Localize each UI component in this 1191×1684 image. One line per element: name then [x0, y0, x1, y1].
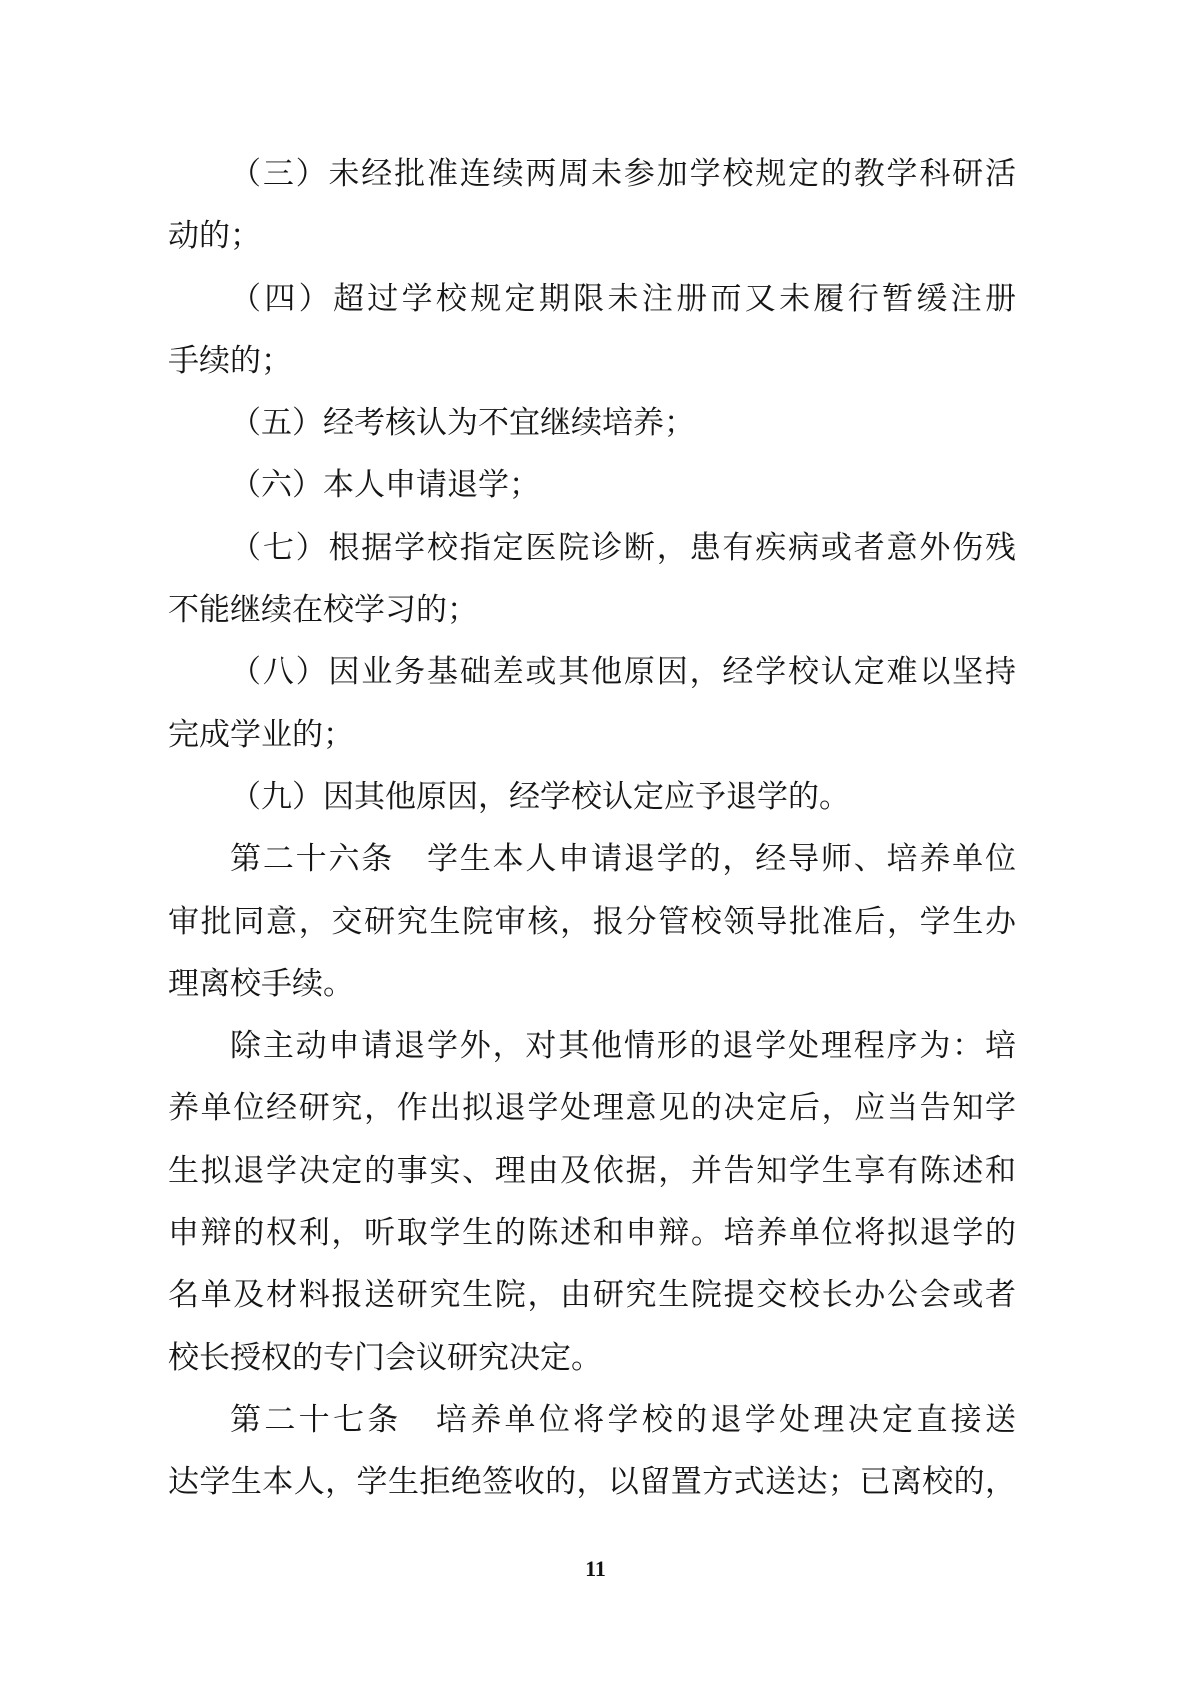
text-line: （五）经考核认为不宜继续培养；: [168, 392, 1016, 454]
text-line: 养单位经研究，作出拟退学处理意见的决定后，应当告知学: [168, 1077, 1016, 1139]
text-line: 除主动申请退学外，对其他情形的退学处理程序为：培: [168, 1015, 1016, 1077]
text-line: 第二十七条 培养单位将学校的退学处理决定直接送: [168, 1389, 1016, 1451]
text-line: 动的；: [168, 205, 1016, 267]
text-line: 名单及材料报送研究生院，由研究生院提交校长办公会或者: [168, 1264, 1016, 1326]
text-line: 校长授权的专门会议研究决定。: [168, 1327, 1016, 1389]
text-line: 达学生本人，学生拒绝签收的，以留置方式送达；已离校的，: [168, 1451, 1016, 1513]
text-line: （七）根据学校指定医院诊断，患有疾病或者意外伤残: [168, 517, 1016, 579]
text-line: 审批同意，交研究生院审核，报分管校领导批准后，学生办: [168, 891, 1016, 953]
text-line: 第二十六条 学生本人申请退学的，经导师、培养单位: [168, 828, 1016, 890]
text-line: 生拟退学决定的事实、理由及依据，并告知学生享有陈述和: [168, 1140, 1016, 1202]
text-line: （六）本人申请退学；: [168, 454, 1016, 516]
text-line: 手续的；: [168, 330, 1016, 392]
text-line: 不能继续在校学习的；: [168, 579, 1016, 641]
text-line: 理离校手续。: [168, 953, 1016, 1015]
document-page: （三）未经批准连续两周未参加学校规定的教学科研活 动的； （四）超过学校规定期限…: [0, 0, 1191, 1684]
text-line: （四）超过学校规定期限未注册而又未履行暂缓注册: [168, 268, 1016, 330]
text-line: 申辩的权利，听取学生的陈述和申辩。培养单位将拟退学的: [168, 1202, 1016, 1264]
page-number: 11: [0, 1558, 1191, 1580]
text-line: （九）因其他原因，经学校认定应予退学的。: [168, 766, 1016, 828]
text-line: 完成学业的；: [168, 704, 1016, 766]
document-body: （三）未经批准连续两周未参加学校规定的教学科研活 动的； （四）超过学校规定期限…: [168, 143, 1016, 1514]
text-line: （八）因业务基础差或其他原因，经学校认定难以坚持: [168, 641, 1016, 703]
text-line: （三）未经批准连续两周未参加学校规定的教学科研活: [168, 143, 1016, 205]
